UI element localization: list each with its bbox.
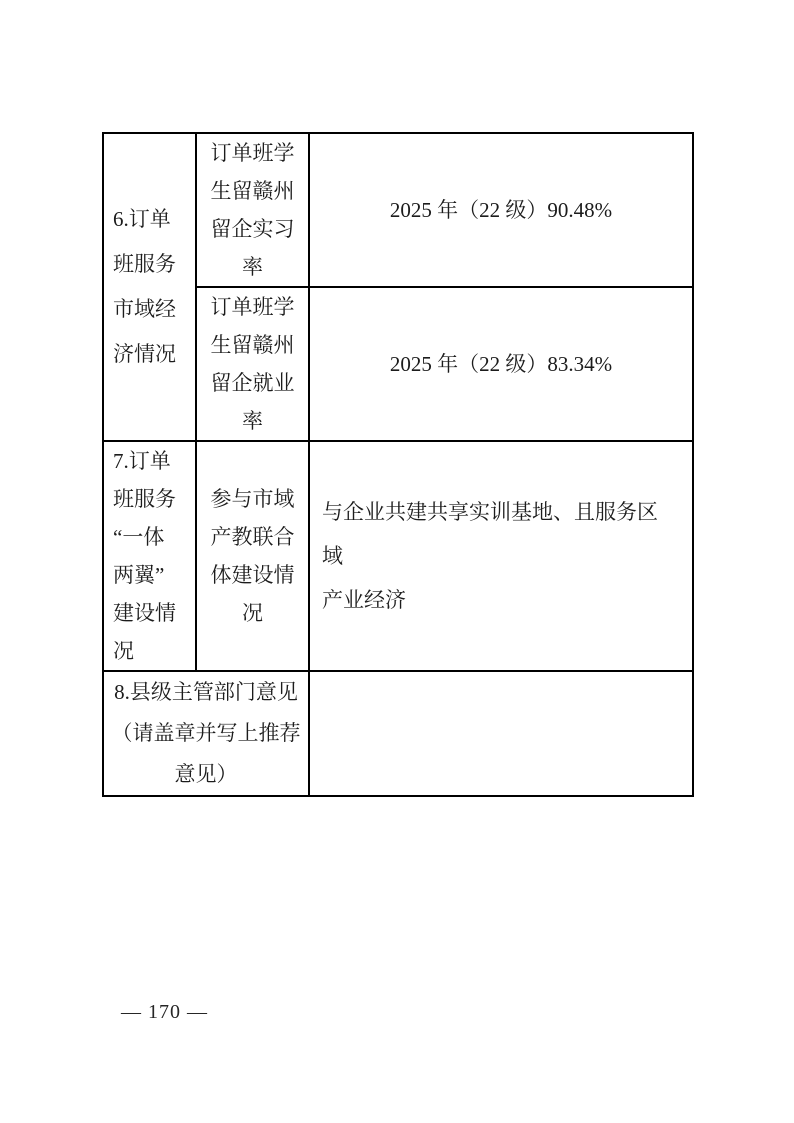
page-number: — 170 — <box>121 1001 208 1024</box>
table-row: 7.订单 班服务 “一体 两翼” 建设情 况 参与市域 产教联合 体建设情 况 … <box>103 441 693 671</box>
table-row: 8.县级主管部门意见 （请盖章并写上推荐 意见） <box>103 671 693 796</box>
document-page: 6.订单 班服务 市域经 济情况 订单班学 生留赣州 留企实习 率 2025 年… <box>0 0 794 1123</box>
row6-section-label-cell: 6.订单 班服务 市域经 济情况 <box>103 133 196 441</box>
row6-internship-metric-cell: 订单班学 生留赣州 留企实习 率 <box>196 133 309 287</box>
row8-opinion-label-cell: 8.县级主管部门意见 （请盖章并写上推荐 意见） <box>103 671 309 796</box>
row8-opinion-blank-cell <box>309 671 693 796</box>
row6-employment-value-cell: 2025 年（22 级）83.34% <box>309 287 693 441</box>
row7-metric-cell: 参与市域 产教联合 体建设情 况 <box>196 441 309 671</box>
row6-internship-value-cell: 2025 年（22 级）90.48% <box>309 133 693 287</box>
row6-employment-metric-cell: 订单班学 生留赣州 留企就业 率 <box>196 287 309 441</box>
row7-value-cell: 与企业共建共享实训基地、且服务区域 产业经济 <box>309 441 693 671</box>
row7-section-label-cell: 7.订单 班服务 “一体 两翼” 建设情 况 <box>103 441 196 671</box>
evaluation-form-table: 6.订单 班服务 市域经 济情况 订单班学 生留赣州 留企实习 率 2025 年… <box>102 132 694 797</box>
table-row: 6.订单 班服务 市域经 济情况 订单班学 生留赣州 留企实习 率 2025 年… <box>103 133 693 287</box>
